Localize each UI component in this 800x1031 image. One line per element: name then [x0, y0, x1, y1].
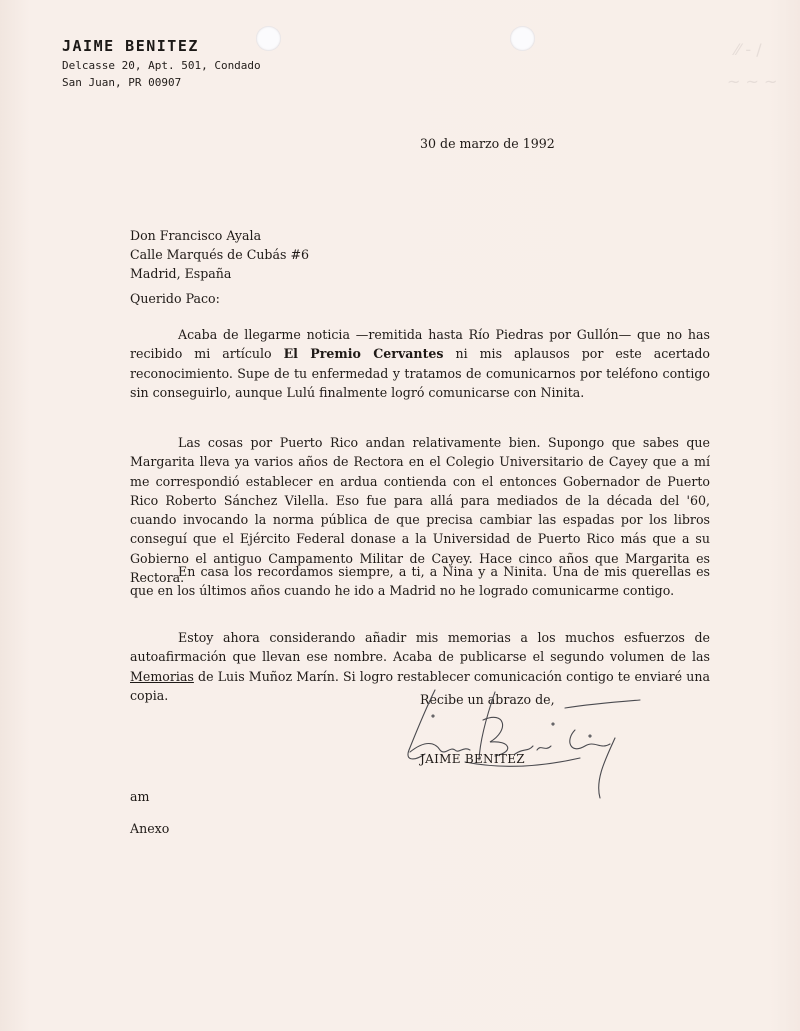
- article-title: El Premio Cervantes: [284, 346, 444, 361]
- recipient-name: Don Francisco Ayala: [130, 226, 309, 245]
- recipient-city: Madrid, España: [130, 264, 309, 283]
- recipient-address: Don Francisco Ayala Calle Marqués de Cub…: [130, 226, 309, 283]
- paragraph-1: Acaba de llegarme noticia —remitida hast…: [130, 325, 710, 402]
- hole-punch: [510, 26, 535, 51]
- recipient-street: Calle Marqués de Cubás #6: [130, 245, 309, 264]
- letterhead: JAIME BENITEZ Delcasse 20, Apt. 501, Con…: [62, 37, 261, 91]
- book-title: Memorias: [130, 669, 194, 684]
- letter-date: 30 de marzo de 1992: [420, 136, 555, 151]
- signer-name: JAIME BENITEZ: [420, 752, 525, 766]
- letterhead-address-line: Delcasse 20, Apt. 501, Condado: [62, 57, 261, 74]
- enclosure-note: Anexo: [130, 821, 169, 836]
- paragraph-text: En casa los recordamos siempre, a ti, a …: [130, 562, 710, 601]
- salutation: Querido Paco:: [130, 291, 220, 306]
- archival-pencil-mark: ⁄⁄ ‐ /: [735, 40, 762, 59]
- paragraph-3: En casa los recordamos siempre, a ti, a …: [130, 562, 710, 601]
- paragraph-text: Estoy ahora considerando añadir mis memo…: [130, 630, 710, 664]
- archival-pencil-mark: ~ ~ ~: [727, 72, 777, 91]
- letter-page: ⁄⁄ ‐ / ~ ~ ~ JAIME BENITEZ Delcasse 20, …: [0, 0, 800, 1031]
- handwritten-signature: [395, 680, 655, 810]
- typist-initials: am: [130, 789, 149, 804]
- letterhead-name: JAIME BENITEZ: [62, 37, 261, 55]
- letterhead-address-line: San Juan, PR 00907: [62, 74, 261, 91]
